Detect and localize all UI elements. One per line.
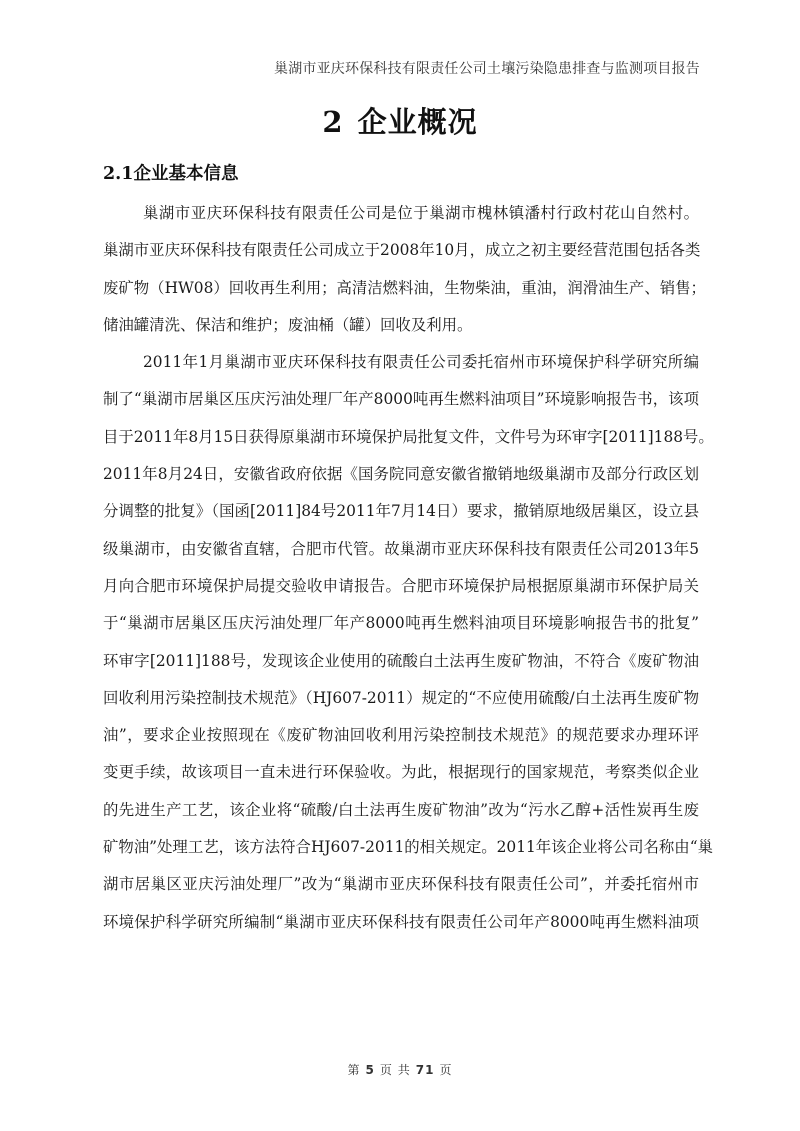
paragraph-line: 2011年1月巢湖市亚庆环保科技有限责任公司委托宿州市环境保护科学研究所编 [103, 344, 699, 381]
paragraph-line: 巢湖市亚庆环保科技有限责任公司成立于2008年10月，成立之初主要经营范围包括各… [103, 232, 699, 269]
body-text: 巢湖市亚庆环保科技有限责任公司是位于巢湖市槐林镇潘村行政村花山自然村。 巢湖市亚… [103, 195, 699, 941]
footer-middle: 页 共 [380, 1063, 411, 1077]
section-title: 2.1企业基本信息 [103, 160, 238, 185]
paragraph-line: 2011年8月24日，安徽省政府依据《国务院同意安徽省撤销地级巢湖市及部分行政区… [103, 456, 699, 493]
running-header: 巢湖市亚庆环保科技有限责任公司土壤污染隐患排查与监测项目报告 [274, 58, 700, 78]
paragraph-line: 废矿物（HW08）回收再生利用；高清洁燃料油，生物柴油，重油，润滑油生产、销售； [103, 270, 699, 307]
current-page-number: 5 [366, 1063, 375, 1077]
page-footer: 第5页 共71页 [0, 1061, 800, 1078]
paragraph-line: 环境保护科学研究所编制“巢湖市亚庆环保科技有限责任公司年产8000吨再生燃料油项 [103, 904, 699, 941]
paragraph-line: 储油罐清洗、保洁和维护；废油桶（罐）回收及利用。 [103, 307, 699, 344]
paragraph-line: 制了“巢湖市居巢区压庆污油处理厂年产8000吨再生燃料油项目”环境影响报告书，该… [103, 381, 699, 418]
paragraph-line: 月向合肥市环境保护局提交验收申请报告。合肥市环境保护局根据原巢湖市环保护局关 [103, 568, 699, 605]
paragraph-line: 矿物油”处理工艺，该方法符合HJ607-2011的相关规定。2011年该企业将公… [103, 829, 699, 866]
chapter-title: 2企业概况 [0, 100, 800, 141]
paragraph-line: 回收利用污染控制技术规范》（HJ607-2011）规定的“不应使用硫酸/白土法再… [103, 680, 699, 717]
paragraph-line: 目于2011年8月15日获得原巢湖市环境保护局批复文件，文件号为环审字[2011… [103, 419, 699, 456]
chapter-title-text: 企业概况 [358, 105, 478, 139]
paragraph-line: 级巢湖市，由安徽省直辖，合肥市代管。故巢湖市亚庆环保科技有限责任公司2013年5 [103, 531, 699, 568]
paragraph-line: 湖市居巢区亚庆污油处理厂”改为“巢湖市亚庆环保科技有限责任公司”，并委托宿州市 [103, 866, 699, 903]
paragraph-line: 油”，要求企业按照现在《废矿物油回收利用污染控制技术规范》的规范要求办理环评 [103, 717, 699, 754]
paragraph-line: 环审字[2011]188号，发现该企业使用的硫酸白土法再生废矿物油，不符合《废矿… [103, 643, 699, 680]
total-pages-number: 71 [416, 1063, 435, 1077]
chapter-number: 2 [322, 105, 343, 139]
paragraph-line: 于“巢湖市居巢区压庆污油处理厂年产8000吨再生燃料油项目环境影响报告书的批复” [103, 605, 699, 642]
paragraph-line: 巢湖市亚庆环保科技有限责任公司是位于巢湖市槐林镇潘村行政村花山自然村。 [103, 195, 699, 232]
paragraph-line: 变更手续，故该项目一直未进行环保验收。为此，根据现行的国家规范，考察类似企业 [103, 754, 699, 791]
footer-suffix: 页 [439, 1063, 452, 1077]
paragraph-line: 的先进生产工艺，该企业将“硫酸/白土法再生废矿物油”改为“污水乙醇+活性炭再生废 [103, 792, 699, 829]
paragraph-line: 分调整的批复》（国函[2011]84号2011年7月14日）要求，撤销原地级居巢… [103, 493, 699, 530]
footer-prefix: 第 [348, 1063, 361, 1077]
